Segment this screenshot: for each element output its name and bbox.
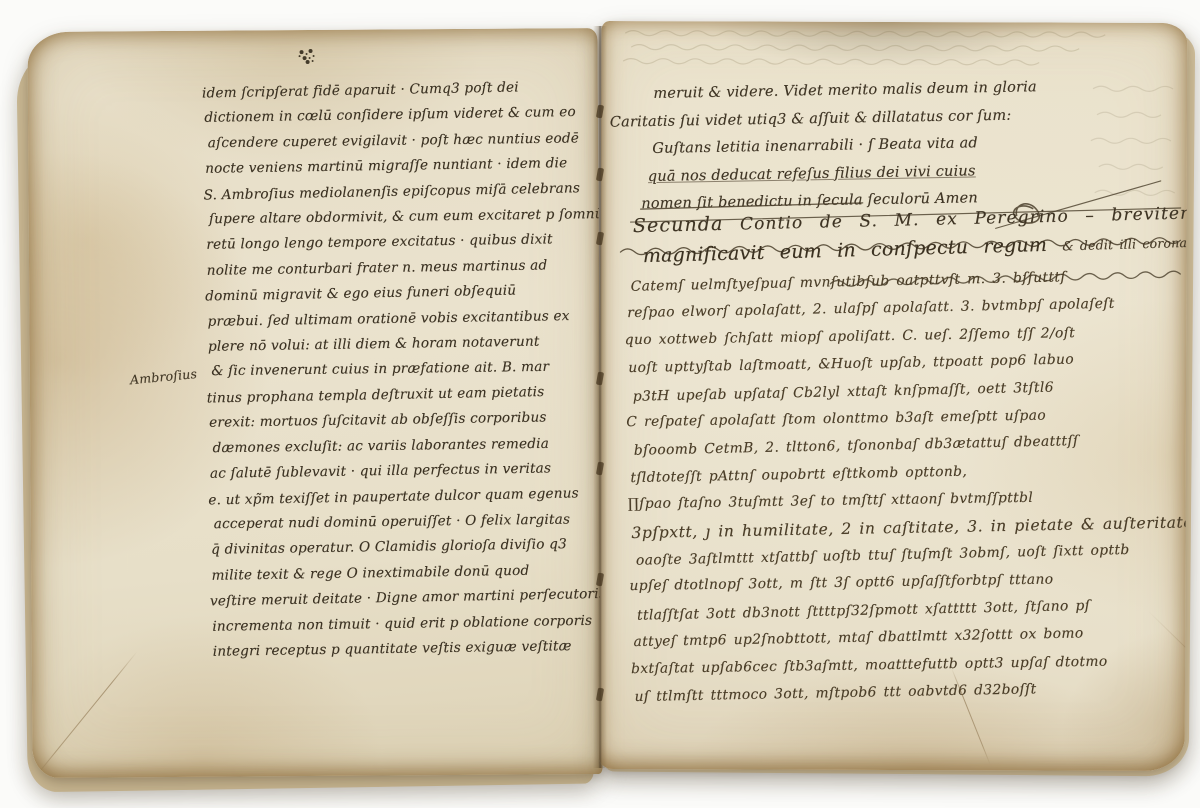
manuscript-line: ſupere altare obdormivit, & cum eum exci… [209,202,593,232]
stitch-mark-icon [596,232,604,246]
crease-line [35,651,138,777]
manuscript-line: aſcendere cuperet evigilavit · poſt hæc … [208,126,592,156]
incipit-tail: & dedit illi coronam glo. [1062,234,1187,254]
stitch-mark-icon [596,688,604,702]
stitch-mark-icon [596,372,604,386]
manuscript-line: dæmones excluſit: ac variis laborantes r… [212,431,596,461]
stitch-mark-icon [596,168,604,182]
ink-blot-icon [300,50,304,54]
manuscript-line: acceperat nudi dominū operuiſſet · O fel… [214,507,598,537]
right-page-body-text: Catemſ uelmſtyeſpuaſ mvnſutibſub oatpttv… [626,262,1187,711]
manuscript-line: integri receptus p quantitate veſtis exi… [213,634,597,665]
stitch-mark-icon [596,462,604,476]
left-page: idem ſcripſerat fidē aparuit · Cumq3 poſ… [27,28,602,778]
margin-note: Ambroſius [129,366,197,387]
left-page-text: idem ſcripſerat fidē aparuit · Cumq3 poſ… [204,75,597,665]
binding-gutter [593,26,607,768]
stitch-mark-icon [596,105,604,119]
manuscript-photo: idem ſcripſerat fidē aparuit · Cumq3 poſ… [0,0,1200,808]
right-page: meruit & videre. Videt merito malis deum… [599,21,1188,771]
heading-lead-word: Secunda [633,213,724,237]
incipit-main: magnificavit eum in conſpectu regum [643,234,1048,267]
stitch-mark-icon [596,573,604,587]
right-page-opening-text: meruit & videre. Videt merito malis deum… [639,74,1039,219]
